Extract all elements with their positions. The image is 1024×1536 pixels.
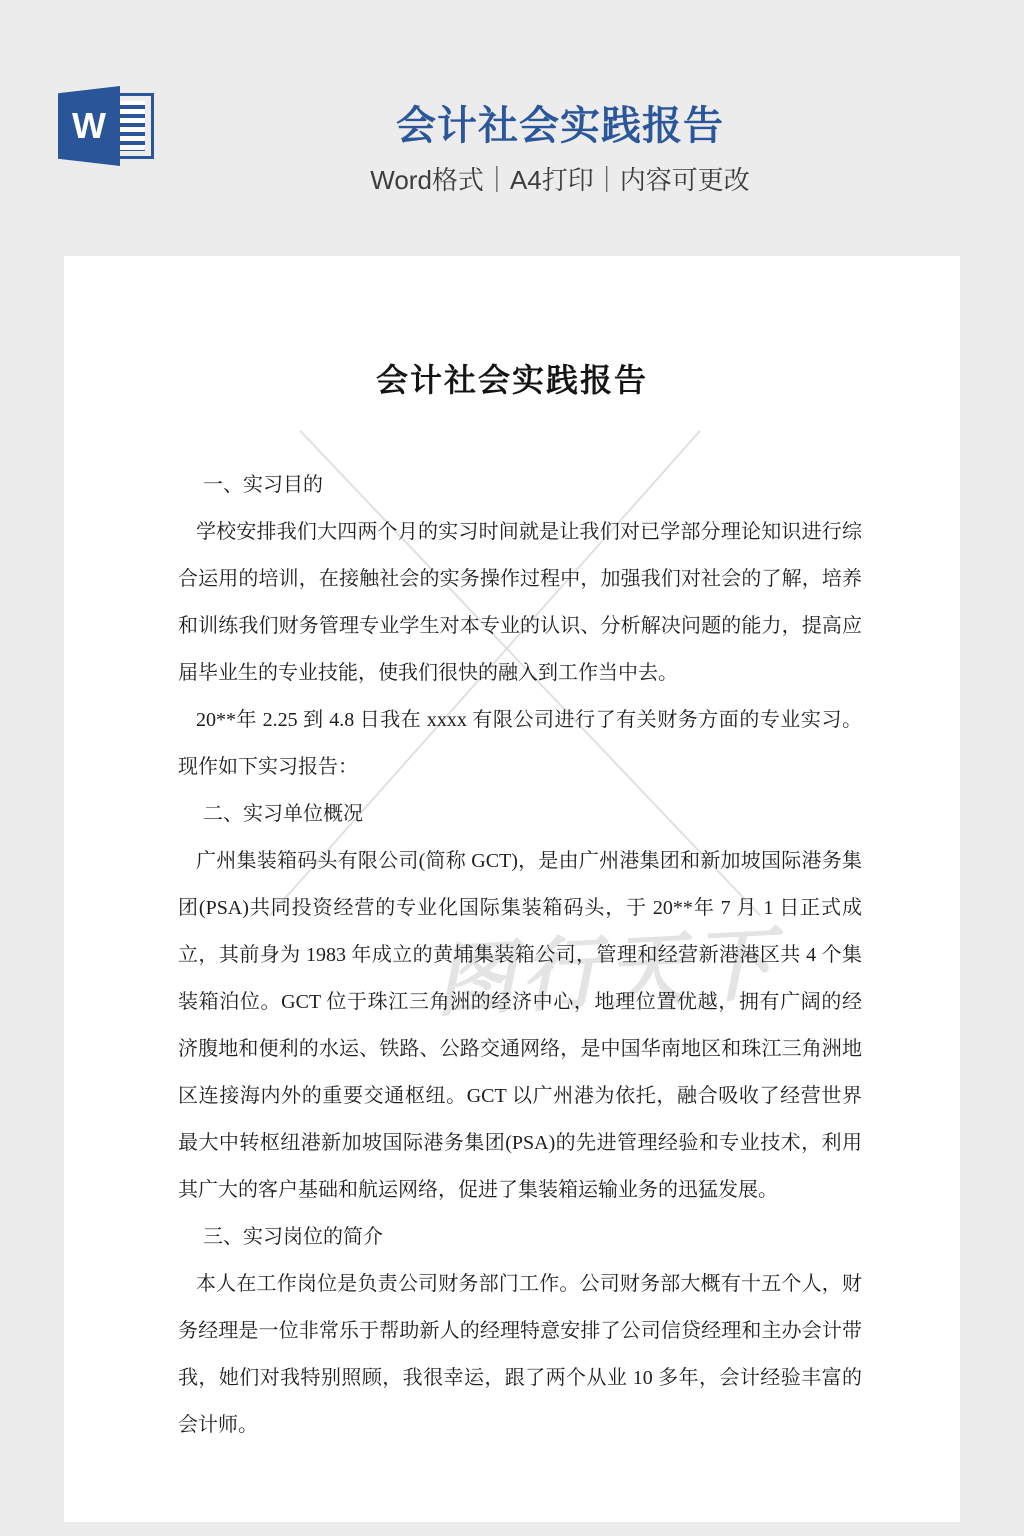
body-paragraph: 本人在工作岗位是负责公司财务部门工作。公司财务部大概有十五个人，财务经理是一位非…	[178, 1261, 862, 1449]
section-heading: 二、实习单位概况	[178, 791, 862, 838]
section-heading: 三、实习岗位的简介	[178, 1214, 862, 1261]
template-preview: W 会计社会实践报告 Word格式｜A4打印｜内容可更改 图行天下 会计社会实践…	[0, 0, 1024, 1536]
body-paragraph: 广州集装箱码头有限公司(简称 GCT)，是由广州港集团和新加坡国际港务集团(PS…	[178, 838, 862, 1214]
section-heading: 一、实习目的	[178, 462, 862, 509]
body-paragraph: 20**年 2.25 到 4.8 日我在 xxxx 有限公司进行了有关财务方面的…	[178, 697, 862, 791]
template-subtitle: Word格式｜A4打印｜内容可更改	[0, 160, 1024, 197]
document-content: 会计社会实践报告 一、实习目的学校安排我们大四两个月的实习时间就是让我们对已学部…	[64, 256, 960, 1449]
document-title: 会计社会实践报告	[64, 256, 960, 402]
body-paragraph: 学校安排我们大四两个月的实习时间就是让我们对已学部分理论知识进行综合运用的培训，…	[178, 509, 862, 697]
document-body: 一、实习目的学校安排我们大四两个月的实习时间就是让我们对已学部分理论知识进行综合…	[64, 462, 960, 1449]
template-title: 会计社会实践报告	[0, 94, 1024, 151]
preview-header: W 会计社会实践报告 Word格式｜A4打印｜内容可更改	[0, 0, 1024, 256]
document-page: 图行天下 会计社会实践报告 一、实习目的学校安排我们大四两个月的实习时间就是让我…	[64, 256, 960, 1522]
